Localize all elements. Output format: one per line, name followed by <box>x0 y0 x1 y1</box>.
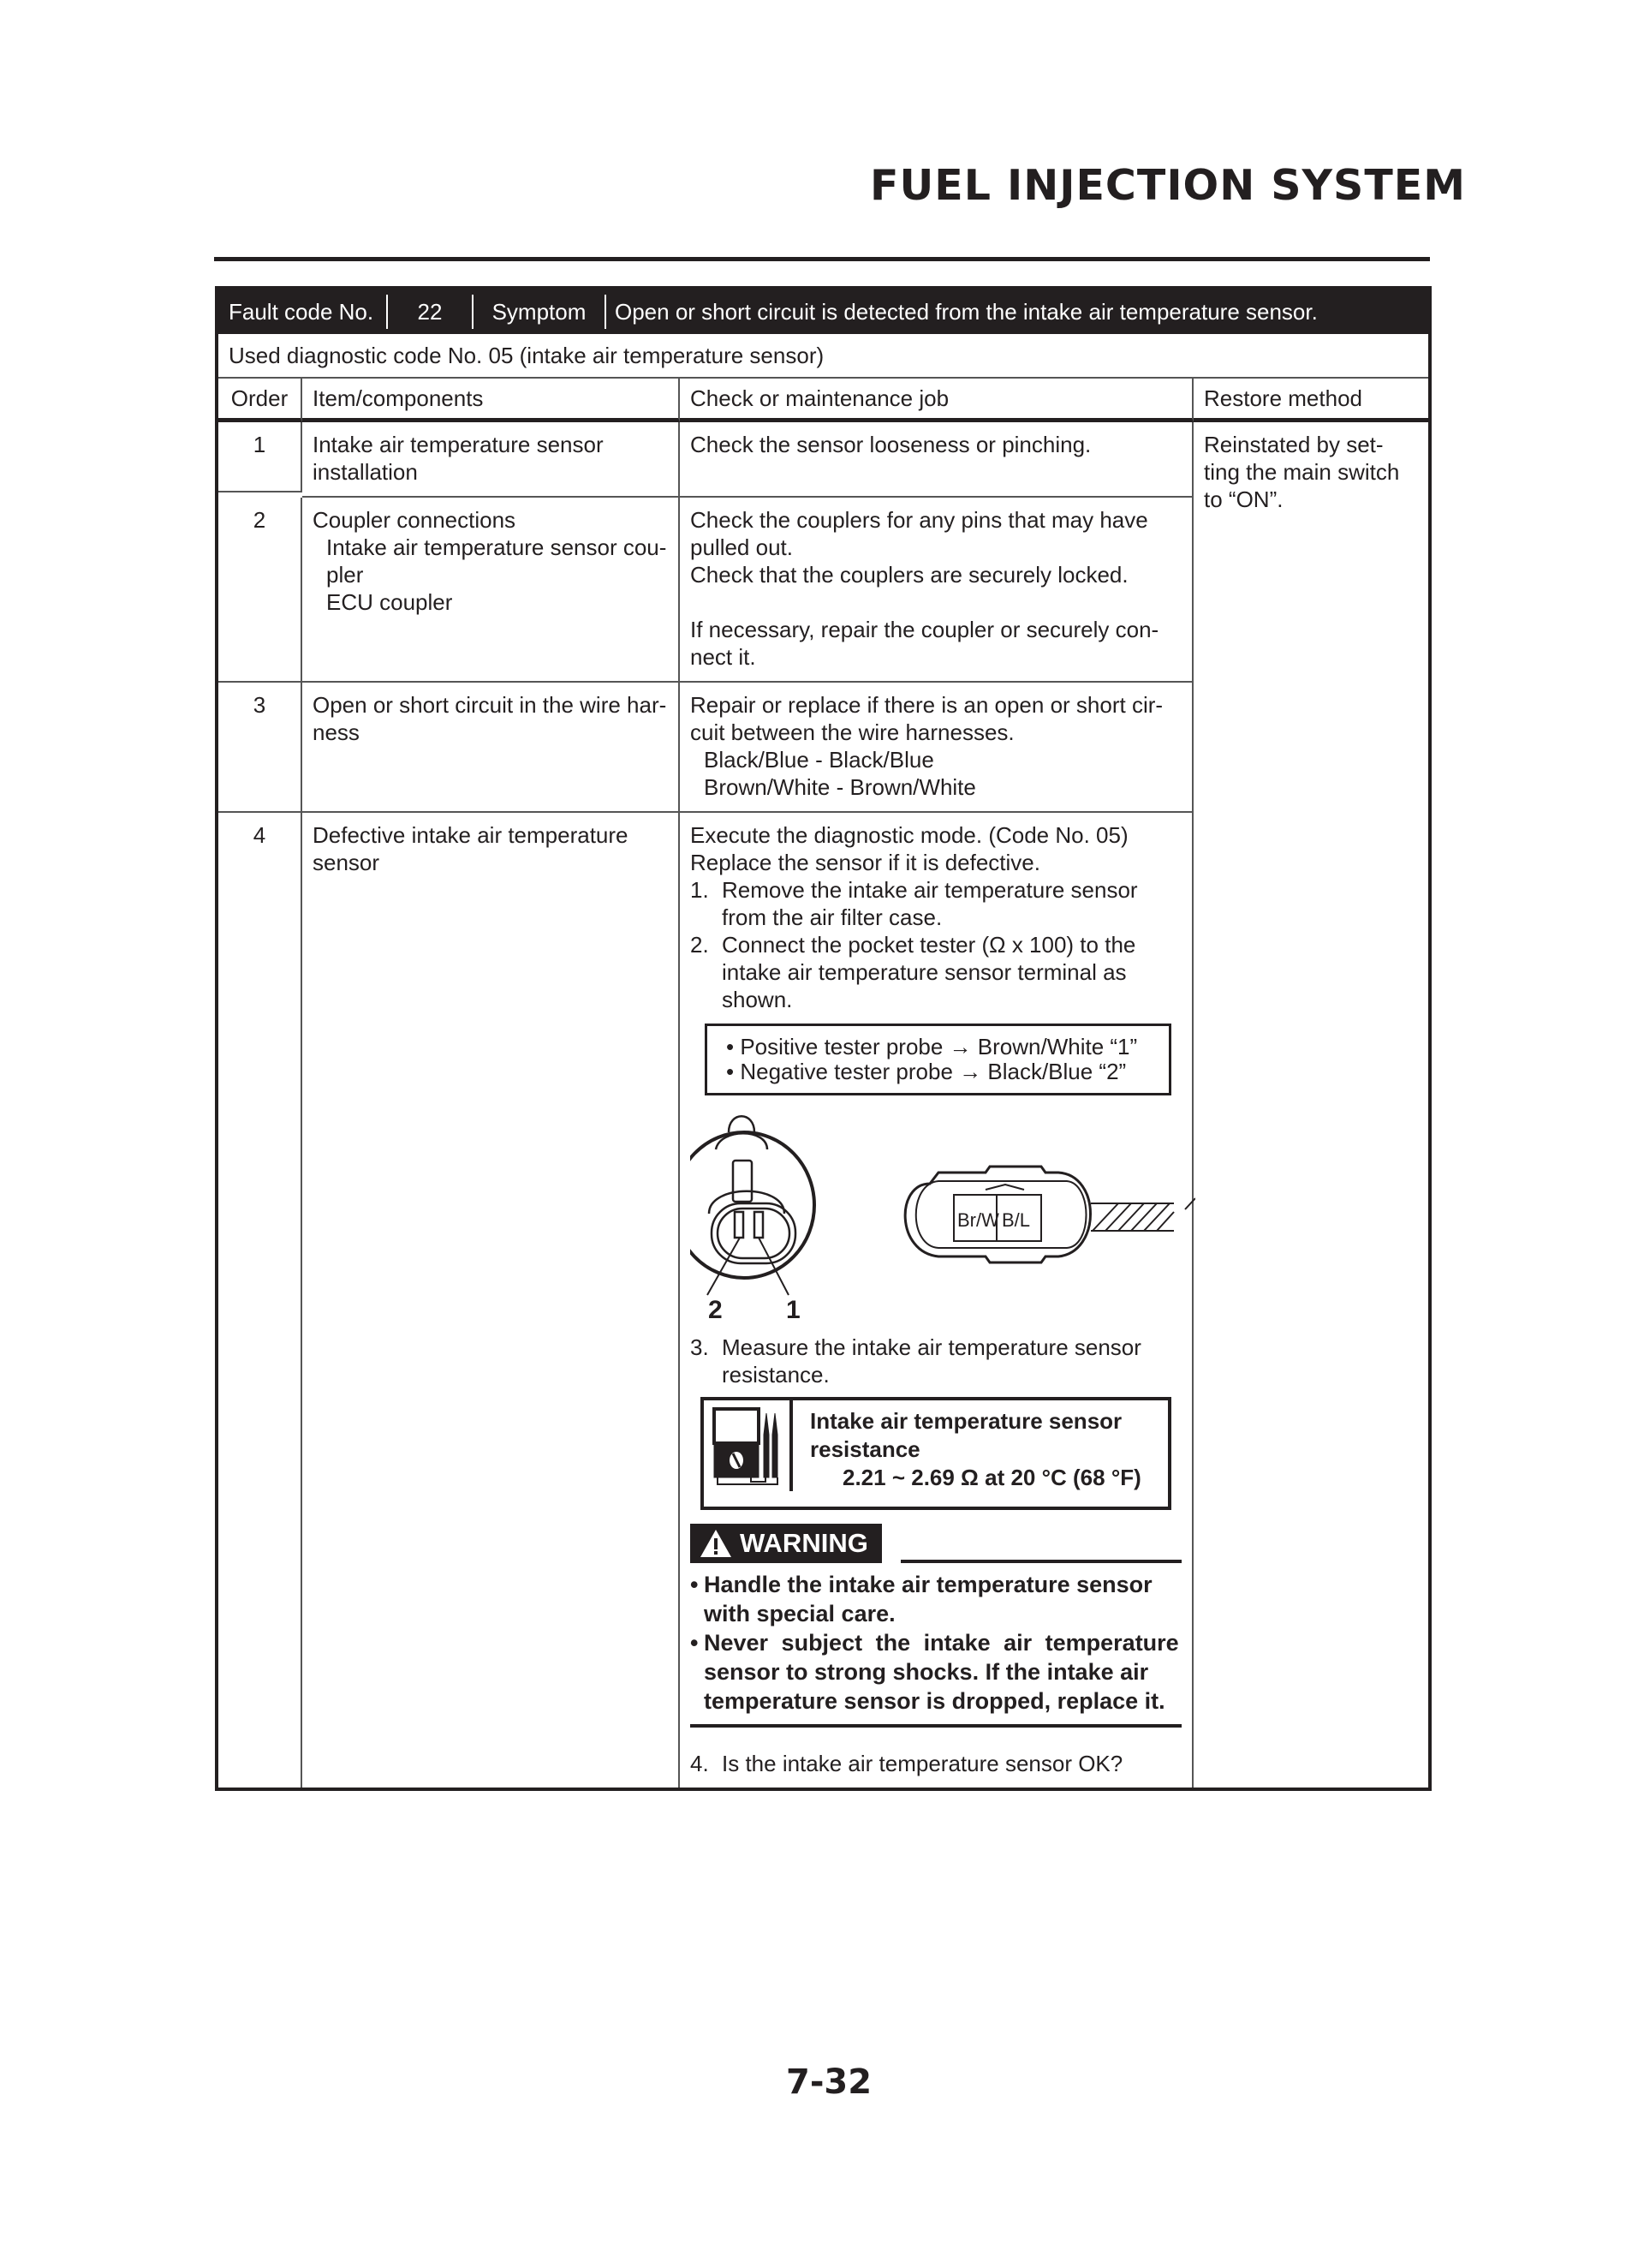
row-2-item: Coupler connections Intake air temperatu… <box>302 498 680 683</box>
row-1-order: 1 <box>218 422 302 492</box>
restore-method: Reinstated by set- ting the main switch … <box>1194 422 1428 1788</box>
step-number: 2. <box>690 931 722 1013</box>
negative-probe-note: • Negative tester probe → Black/Blue “2” <box>726 1059 1150 1084</box>
warning-triangle-icon <box>699 1528 733 1559</box>
sensor-connector-diagram-icon: 2 1 Br/W B/L <box>690 1102 1195 1334</box>
warning-line: with special care. <box>704 1599 1153 1628</box>
item-line: ECU coupler <box>313 588 668 616</box>
check-line: nect it. <box>690 643 1182 671</box>
step-number: 3. <box>690 1334 722 1388</box>
step-line: shown. <box>722 986 1135 1013</box>
check-line: Check that the couplers are securely loc… <box>690 561 1182 588</box>
col-header-order: Order <box>218 379 302 422</box>
col-header-check: Check or maintenance job <box>680 379 1194 422</box>
step-line: from the air filter case. <box>722 904 1138 931</box>
fault-code-label: Fault code No. <box>218 295 386 329</box>
step-4: 4. Is the intake air temperature sensor … <box>690 1750 1192 1777</box>
check-line: pulled out. <box>690 534 1182 561</box>
row-1-check: Check the sensor looseness or pinching. <box>680 422 1194 498</box>
check-line: If necessary, repair the coupler or secu… <box>690 616 1182 643</box>
warning-line: sensor to strong shocks. If the intake a… <box>704 1657 1179 1686</box>
restore-line: ting the main switch <box>1204 458 1418 486</box>
terminal-label-2: 2 <box>708 1296 723 1324</box>
warning-body: • Handle the intake air temperature sens… <box>690 1570 1192 1716</box>
positive-probe-note: • Positive tester probe → Brown/White “1… <box>726 1035 1150 1059</box>
check-line: Check the sensor looseness or pinching. <box>690 431 1182 458</box>
row-3-check: Repair or replace if there is an open or… <box>680 683 1194 813</box>
row-4-item: Defective intake air temperature sensor <box>302 813 680 1788</box>
coupler-label-bl: B/L <box>1002 1209 1030 1231</box>
check-line: Replace the sensor if it is defective. <box>690 849 1192 876</box>
resistance-spec-text: Intake air temperature sensor resistance… <box>793 1400 1159 1507</box>
item-line: pler <box>313 561 668 588</box>
row-3-item: Open or short circuit in the wire har- n… <box>302 683 680 813</box>
terminal-label-1: 1 <box>786 1296 801 1324</box>
check-line: Execute the diagnostic mode. (Code No. 0… <box>690 821 1192 849</box>
col-header-item: Item/components <box>302 379 680 422</box>
step-1: 1. Remove the intake air temperature sen… <box>690 876 1192 931</box>
step-line: Connect the pocket tester (Ω x 100) to t… <box>722 931 1135 958</box>
fault-code-value: 22 <box>386 295 472 329</box>
item-line: Open or short circuit in the wire har- <box>313 691 668 719</box>
fault-table: Fault code No. 22 Symptom Open or short … <box>215 286 1432 1791</box>
spec-title-line: resistance <box>810 1435 1141 1464</box>
item-line: Coupler connections <box>313 506 668 534</box>
restore-line: to “ON”. <box>1204 486 1418 513</box>
item-line: Intake air temperature sensor cou- <box>313 534 668 561</box>
warning-header: WARNING <box>690 1524 1182 1563</box>
spacer <box>690 588 1182 616</box>
check-line: Repair or replace if there is an open or… <box>690 691 1182 719</box>
header-rule <box>214 257 1430 261</box>
check-line: Brown/White - Brown/White <box>690 773 1182 801</box>
step-line: Is the intake air temperature sensor OK? <box>722 1750 1123 1777</box>
warning-line: temperature sensor is dropped, replace i… <box>704 1686 1179 1716</box>
check-line: cuit between the wire harnesses. <box>690 719 1182 746</box>
fault-header-bar: Fault code No. 22 Symptom Open or short … <box>218 289 1428 334</box>
probe-connection-box: • Positive tester probe → Brown/White “1… <box>705 1024 1171 1095</box>
diagnostic-code-note: Used diagnostic code No. 05 (intake air … <box>218 334 1428 379</box>
page-number: 7-32 <box>786 2062 872 2102</box>
item-line: installation <box>313 458 668 486</box>
warning-bottom-rule <box>690 1724 1182 1728</box>
item-line: Defective intake air temperature <box>313 821 668 849</box>
row-4-order: 4 <box>218 813 302 1788</box>
step-line: resistance. <box>722 1361 1141 1388</box>
coupler-label-brw: Br/W <box>957 1209 999 1231</box>
step-3: 3. Measure the intake air temperature se… <box>690 1334 1192 1388</box>
step-line: Remove the intake air temperature sensor <box>722 876 1138 904</box>
warning-line: Never subject the intake air temperature <box>704 1628 1179 1657</box>
step-number: 1. <box>690 876 722 931</box>
row-3-order: 3 <box>218 683 302 813</box>
multimeter-icon <box>704 1400 793 1491</box>
check-line: Black/Blue - Black/Blue <box>690 746 1182 773</box>
warning-bullet-1: • Handle the intake air temperature sens… <box>690 1570 1192 1628</box>
step-line: Measure the intake air temperature senso… <box>722 1334 1141 1361</box>
row-1-item: Intake air temperature sensor installati… <box>302 422 680 498</box>
warning-label: WARNING <box>740 1524 868 1563</box>
warning-line: Handle the intake air temperature sensor <box>704 1570 1153 1599</box>
restore-line: Reinstated by set- <box>1204 431 1418 458</box>
row-2-check: Check the couplers for any pins that may… <box>680 498 1194 683</box>
row-2-order: 2 <box>218 498 302 683</box>
item-line: ness <box>313 719 668 746</box>
warning-bullet-2: • Never subject the intake air temperatu… <box>690 1628 1192 1716</box>
col-header-restore: Restore method <box>1194 379 1428 422</box>
item-line: sensor <box>313 849 668 876</box>
row-4-check: Execute the diagnostic mode. (Code No. 0… <box>680 813 1194 1788</box>
warning-badge: WARNING <box>690 1524 882 1563</box>
step-line: intake air temperature sensor terminal a… <box>722 958 1135 986</box>
section-title: FUEL INJECTION SYSTEM <box>870 161 1466 210</box>
symptom-label: Symptom <box>472 295 605 329</box>
check-line: Check the couplers for any pins that may… <box>690 506 1182 534</box>
warning-rule <box>901 1560 1182 1563</box>
step-2: 2. Connect the pocket tester (Ω x 100) t… <box>690 931 1192 1013</box>
step-number: 4. <box>690 1750 722 1777</box>
symptom-text: Open or short circuit is detected from t… <box>605 295 1330 329</box>
procedure-grid: Order Item/components Check or maintenan… <box>218 379 1428 1788</box>
spec-value: 2.21 ~ 2.69 Ω at 20 °C (68 °F) <box>810 1464 1141 1492</box>
item-line: Intake air temperature sensor <box>313 431 668 458</box>
resistance-spec-box: Intake air temperature sensor resistance… <box>700 1397 1171 1510</box>
spec-title-line: Intake air temperature sensor <box>810 1407 1141 1435</box>
